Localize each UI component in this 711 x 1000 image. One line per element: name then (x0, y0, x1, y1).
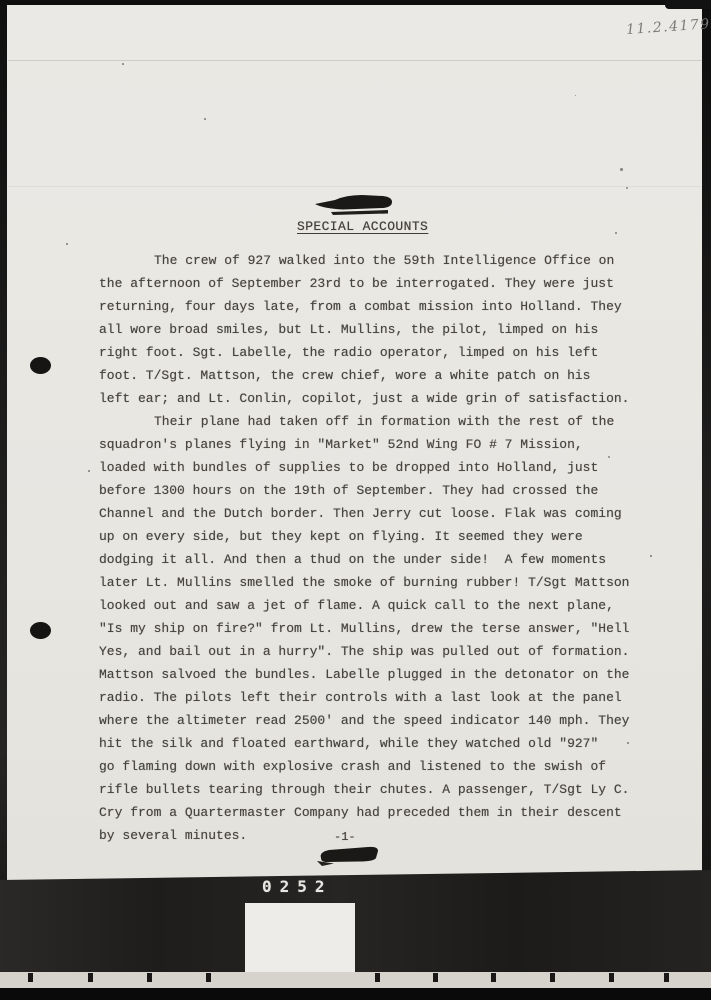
text-line: foot. T/Sgt. Mattson, the crew chief, wo… (99, 364, 629, 387)
text-line: radio. The pilots left their controls wi… (99, 686, 629, 709)
film-edge-left (0, 0, 7, 1000)
film-band (0, 866, 711, 972)
text-line: The crew of 927 walked into the 59th Int… (99, 249, 629, 272)
text-line: the afternoon of September 23rd to be in… (99, 272, 629, 295)
scan-speck (204, 118, 206, 120)
scanned-document-page: 11.2.4179 SPECIAL ACCOUNTS The crew of 9… (0, 0, 711, 1000)
document-body: The crew of 927 walked into the 59th Int… (99, 249, 629, 847)
text-line: where the altimeter read 2500' and the s… (99, 709, 629, 732)
redaction-mark-bottom (314, 844, 384, 868)
document-title: SPECIAL ACCOUNTS (297, 219, 428, 234)
paper-crease (8, 60, 703, 61)
text-line: hit the silk and floated earthward, whil… (99, 732, 629, 755)
ruler-tick (88, 973, 93, 982)
text-line: "Is my ship on fire?" from Lt. Mullins, … (99, 617, 629, 640)
ruler-tick (28, 973, 33, 982)
text-line: looked out and saw a jet of flame. A qui… (99, 594, 629, 617)
ruler-tick (147, 973, 152, 982)
page-number: -1- (334, 830, 356, 844)
ruler-tick (433, 973, 438, 982)
scan-speck (615, 232, 617, 234)
text-line: squadron's planes flying in "Market" 52n… (99, 433, 629, 456)
handwritten-number: 11.2.4179 (626, 16, 711, 38)
scan-speck (608, 456, 610, 458)
ruler-tick (206, 973, 211, 982)
film-notch (245, 903, 355, 972)
text-line: Yes, and bail out in a hurry". The ship … (99, 640, 629, 663)
text-line: returning, four days late, from a combat… (99, 295, 629, 318)
scan-speck (627, 742, 629, 744)
text-line: rifle bullets tearing through their chut… (99, 778, 629, 801)
redaction-mark-top (313, 193, 395, 219)
film-edge-top (0, 0, 711, 5)
film-edge-right (702, 0, 711, 1000)
text-line: go flaming down with explosive crash and… (99, 755, 629, 778)
hole-punch-mark (30, 357, 51, 374)
ruler-tick (664, 973, 669, 982)
text-line: Their plane had taken off in formation w… (99, 410, 629, 433)
scan-speck (66, 243, 68, 245)
text-line: left ear; and Lt. Conlin, copilot, just … (99, 387, 629, 410)
scan-speck (620, 168, 623, 171)
film-bottom-edge (0, 988, 711, 1000)
scan-speck (122, 63, 124, 65)
film-edge-top-corner (665, 0, 711, 9)
ruler-tick (609, 973, 614, 982)
text-line: Cry from a Quartermaster Company had pre… (99, 801, 629, 824)
paper-crease (8, 186, 703, 187)
scan-speck (575, 95, 576, 96)
text-line: before 1300 hours on the 19th of Septemb… (99, 479, 629, 502)
text-line: later Lt. Mullins smelled the smoke of b… (99, 571, 629, 594)
scan-speck (88, 470, 90, 472)
text-line: Channel and the Dutch border. Then Jerry… (99, 502, 629, 525)
text-line: Mattson salvoed the bundles. Labelle plu… (99, 663, 629, 686)
text-line: dodging it all. And then a thud on the u… (99, 548, 629, 571)
ruler-tick (491, 973, 496, 982)
text-line: up on every side, but they kept on flyin… (99, 525, 629, 548)
scan-speck (626, 187, 628, 189)
film-frame-number: 0252 (262, 877, 333, 896)
text-line: all wore broad smiles, but Lt. Mullins, … (99, 318, 629, 341)
text-line: loaded with bundles of supplies to be dr… (99, 456, 629, 479)
scan-speck (650, 555, 652, 557)
hole-punch-mark (30, 622, 51, 639)
ruler-tick (550, 973, 555, 982)
ruler-tick (375, 973, 380, 982)
text-line: right foot. Sgt. Labelle, the radio oper… (99, 341, 629, 364)
